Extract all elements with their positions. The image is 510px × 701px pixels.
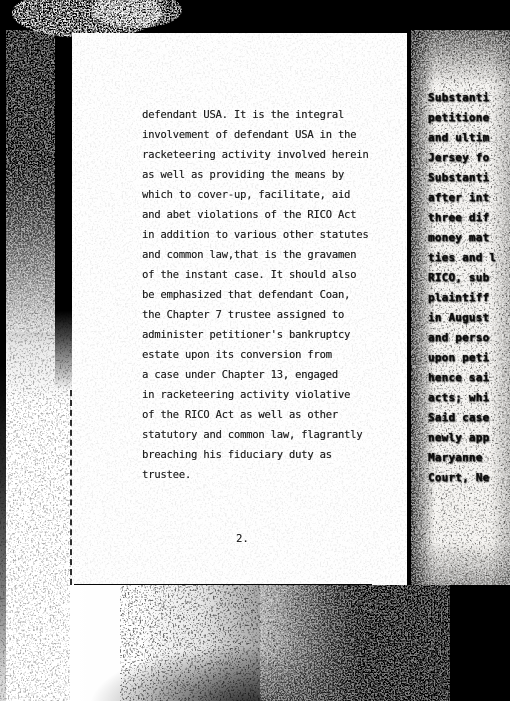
page-left-edge xyxy=(70,390,72,585)
text-line: Maryanne xyxy=(428,448,510,468)
text-line: in racketeering activity violative xyxy=(142,385,392,405)
scan-noise xyxy=(92,0,182,28)
scan-edge-line xyxy=(0,30,6,701)
adjacent-page-text: Substantipetitioneand ultimJersey foSubs… xyxy=(428,88,510,488)
text-line: RICO, sub xyxy=(428,268,510,288)
text-line: administer petitioner's bankruptcy xyxy=(142,325,392,345)
scan-shadow-band xyxy=(55,30,72,390)
adjacent-page: Substantipetitioneand ultimJersey foSubs… xyxy=(411,30,510,586)
text-line: newly app xyxy=(428,428,510,448)
text-line: defendant USA. It is the integral xyxy=(142,105,392,125)
page-number: 2. xyxy=(236,533,249,545)
bottom-scan-area xyxy=(70,585,510,701)
scan-noise xyxy=(260,585,450,701)
text-line: as well as providing the means by xyxy=(142,165,392,185)
text-line: which to cover-up, facilitate, aid xyxy=(142,185,392,205)
text-line: upon peti xyxy=(428,348,510,368)
text-line: involvement of defendant USA in the xyxy=(142,125,392,145)
text-line: Said case xyxy=(428,408,510,428)
text-line: petitione xyxy=(428,108,510,128)
text-line: be emphasized that defendant Coan, xyxy=(142,285,392,305)
text-line: and ultim xyxy=(428,128,510,148)
text-line: racketeering activity involved herein xyxy=(142,145,392,165)
text-line: Substanti xyxy=(428,168,510,188)
text-line: estate upon its conversion from xyxy=(142,345,392,365)
text-line: and abet violations of the RICO Act xyxy=(142,205,392,225)
document-page: defendant USA. It is the integralinvolve… xyxy=(72,33,407,585)
text-line: Court, Ne xyxy=(428,468,510,488)
text-line: a case under Chapter 13, engaged xyxy=(142,365,392,385)
text-line: Substanti xyxy=(428,88,510,108)
body-text: defendant USA. It is the integralinvolve… xyxy=(142,105,392,485)
text-line: breaching his fiduciary duty as xyxy=(142,445,392,465)
text-line: of the RICO Act as well as other xyxy=(142,405,392,425)
scanned-document: defendant USA. It is the integralinvolve… xyxy=(0,0,510,701)
text-line: ties and l xyxy=(428,248,510,268)
text-line: in August xyxy=(428,308,510,328)
text-line: plaintiff xyxy=(428,288,510,308)
text-line: of the instant case. It should also xyxy=(142,265,392,285)
text-line: and common law,that is the gravamen xyxy=(142,245,392,265)
text-line: money mat xyxy=(428,228,510,248)
text-line: trustee. xyxy=(142,465,392,485)
text-line: the Chapter 7 trustee assigned to xyxy=(142,305,392,325)
text-line: acts; whi xyxy=(428,388,510,408)
text-line: statutory and common law, flagrantly xyxy=(142,425,392,445)
text-line: Jersey fo xyxy=(428,148,510,168)
text-line: after int xyxy=(428,188,510,208)
text-line: three dif xyxy=(428,208,510,228)
left-scan-strip xyxy=(0,30,72,701)
text-line: hence sai xyxy=(428,368,510,388)
text-line: and perso xyxy=(428,328,510,348)
scan-noise-blob xyxy=(92,0,182,28)
text-line: in addition to various other statutes xyxy=(142,225,392,245)
